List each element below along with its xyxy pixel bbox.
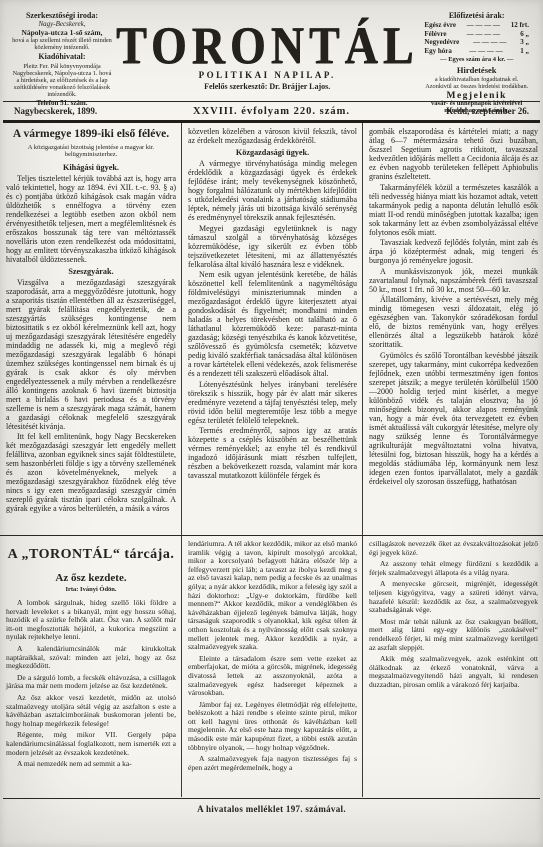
subscription-rate-row: Egy hóra— — — —1 „ (418, 47, 535, 56)
paragraph: A menyecske görcseit, migrénjét, idegess… (369, 580, 538, 614)
subscription-title: Előfizetési árak: (418, 11, 535, 21)
rate-label: Félévre (424, 30, 446, 39)
office-note: hová a lap szellemi részét illető minden… (12, 37, 112, 51)
paragraph: Takarmányfélék közül a természetes kaszá… (369, 183, 538, 237)
main-article-section: A vármegye 1899-iki első féléve. A közig… (0, 123, 543, 535)
footer: A hivatalos melléklet 197. számával. (3, 798, 540, 814)
masthead-row: Szerkesztőségi iroda: Nagy-Becskerek, Ná… (0, 0, 543, 101)
feuilleton-title: Az ősz kezdete. (6, 572, 176, 584)
section-heading: Kihágási ügyek. (6, 163, 176, 172)
office-street: Nápolya-utcza 1-ső szám, (8, 29, 116, 37)
paragraph: Teljes tisztelettel kérjük továbbá azt i… (6, 174, 176, 264)
dateline-place: Nagybecskerek, 1899. (14, 106, 179, 116)
paragraph: Megyei gazdasági egyletünknek is nagy tá… (188, 224, 357, 269)
article-column-1-text: Kihágási ügyek.Teljes tisztelettel kérjü… (6, 163, 176, 514)
rate-dashes: — — — — (446, 30, 520, 39)
editor-line: Felelős szerkesztő: Dr. Brájjer Lajos. (116, 82, 418, 91)
article-column-2-text: közvetlen közelében a városon kivül feks… (188, 127, 357, 480)
single-issue-price: — Egyes szám ára 4 kr. — (418, 56, 535, 64)
paragraph: Gyümölcs és szőlő Torontálban kevésbbé j… (369, 351, 538, 486)
ads-title: Hirdetések (418, 67, 535, 75)
paragraph: De a sárguló lomb, a fecskék eltávozása,… (6, 674, 176, 691)
rate-dashes: — — — — (452, 47, 520, 56)
rate-dashes: — — — — (456, 21, 511, 30)
paragraph: Az ősz akkor veszi kezdetét, midőn az ut… (6, 694, 176, 728)
section-heading: Szeszgyárak. (6, 267, 176, 276)
paragraph: Jámbor faj ez. Legényes életmódját rég e… (188, 701, 357, 753)
paragraph: Régente, még mikor VII. Gergely pápa kal… (6, 731, 176, 757)
feuilleton-header: A „TORONTÁL“ tárcája. (6, 547, 176, 563)
official-supplement-note: A hivatalos melléklet 197. számával. (3, 804, 540, 814)
paragraph: közvetlen közelében a városon kivül feks… (188, 127, 357, 145)
paragraph: gombák elszaporodása és kártételei miatt… (369, 127, 538, 181)
paragraph: lendáriumra. A tél akkor kezdődik, mikor… (188, 540, 357, 652)
dateline-issue: XXVIII. évfolyam 220. szám. (179, 106, 364, 117)
article-headline: A vármegye 1899-iki első féléve. (6, 128, 176, 141)
paragraph: Tavasziak kedvező fejlődés folytán, mint… (369, 238, 538, 265)
section-heading: Közgazdasági ügyek. (188, 148, 357, 157)
masthead: TORONTÁL POLITIKAI NAPILAP. Felelős szer… (116, 10, 418, 101)
paragraph: A lombok sárgulnak, hideg szellő löki fö… (6, 599, 176, 642)
editorial-office-box: Szerkesztőségi iroda: Nagy-Becskerek, Ná… (8, 10, 116, 101)
paragraph: A munkásviszonyok jók, mezei munkák zava… (369, 267, 538, 294)
rate-value: 12 frt. (511, 21, 529, 30)
paragraph: Eleinte a társadalom észre sem vette eze… (188, 655, 357, 698)
article-column-2: közvetlen közelében a városon kivül feks… (181, 123, 362, 535)
paragraph: A szalmaözvegyek faja nagyon tisztessége… (188, 755, 357, 772)
article-subhead: A közigazgatási bizottság jelentése a ma… (8, 144, 174, 159)
article-column-3-text: gombák elszaporodása és kártételei miatt… (369, 127, 538, 486)
paragraph: Lótenyésztésünk helyes iránybani terelés… (188, 380, 357, 425)
rate-label: Egy hóra (424, 47, 451, 56)
subscription-rate-row: Negyedévre— — — —3 „ (418, 38, 535, 47)
feuilleton-byline: Irta: Iványi Ödön. (6, 586, 176, 593)
publisher-note: Pleitz Fer. Pál könyvnyomdája Nagybecske… (12, 63, 112, 98)
paragraph: Termés eredményről, sajnos igy az aratás… (188, 426, 357, 480)
subscription-box: Előfizetési árak: Egész évre— — — —12 fr… (418, 10, 535, 101)
paragraph: Vizsgálva a mezőgazdasági szeszgyárak sz… (6, 278, 176, 431)
rate-value: 6 „ (520, 30, 529, 39)
feuilleton-column-2: lendáriumra. A tél akkor kezdődik, mikor… (181, 536, 362, 797)
dateline-date: Kedd, szeptember 26. (364, 106, 529, 116)
paragraph: Most már tehát nálunk az ősz csakugyan b… (369, 618, 538, 652)
feuilleton-column-3: csillagászok nevezzék őket az évszakvált… (362, 536, 543, 797)
feuilleton-column-2-text: lendáriumra. A tél akkor kezdődik, mikor… (188, 540, 357, 772)
ads-text: a kiadóhivatalban fogadtatnak el. Azonki… (422, 76, 531, 90)
appears-title: Megjelenik (418, 93, 535, 101)
feuilleton-column-3-text: csillagászok nevezzék őket az évszakvált… (369, 540, 538, 690)
paragraph: Akik még szalmaözvegyek, azok esténkint … (369, 655, 538, 689)
publisher-box-title: Kiadóhivatal: (8, 52, 116, 62)
paragraph: Állatállomány, kivéve a sertésvészt, mel… (369, 295, 538, 349)
rate-dashes: — — — — (459, 38, 520, 47)
rate-value: 3 „ (520, 38, 529, 47)
feuilleton-section: A „TORONTÁL“ tárcája. Az ősz kezdete. Ir… (0, 535, 543, 797)
rate-label: Negyedévre (424, 38, 459, 47)
paragraph: Az asszony tehát elmegy fürdőzni s kezdő… (369, 560, 538, 577)
paragraph: Nem esik ugyan jelentésünk keretébe, de … (188, 270, 357, 378)
feuilleton-column-1: A „TORONTÁL“ tárcája. Az ősz kezdete. Ir… (0, 536, 181, 797)
subscription-rate-row: Egész évre— — — —12 frt. (418, 21, 535, 30)
article-column-3: gombák elszaporodása és kártételei miatt… (362, 123, 543, 535)
newspaper-title: TORONTÁL (116, 12, 418, 79)
subscription-rates: Egész évre— — — —12 frt.Félévre— — — —6 … (418, 21, 535, 55)
rate-value: 1 „ (520, 47, 529, 56)
feuilleton-column-1-text: A lombok sárgulnak, hideg szellő löki fö… (6, 599, 176, 769)
article-column-1: A vármegye 1899-iki első féléve. A közig… (0, 123, 181, 535)
paragraph: A mai nemzedék nem ad semmit a ka- (6, 760, 176, 769)
paragraph: Itt fel kell emlitenünk, hogy Nagy Becsk… (6, 432, 176, 513)
paragraph: csillagászok nevezzék őket az évszakvált… (369, 540, 538, 557)
paragraph: A kalendáriumcsinálók már kirukkoltak na… (6, 645, 176, 671)
newspaper-page: Szerkesztőségi iroda: Nagy-Becskerek, Ná… (0, 0, 543, 847)
paragraph: A vármegye törvényhatósága mindig melege… (188, 159, 357, 222)
rate-label: Egész évre (424, 21, 456, 30)
subscription-rate-row: Félévre— — — —6 „ (418, 30, 535, 39)
